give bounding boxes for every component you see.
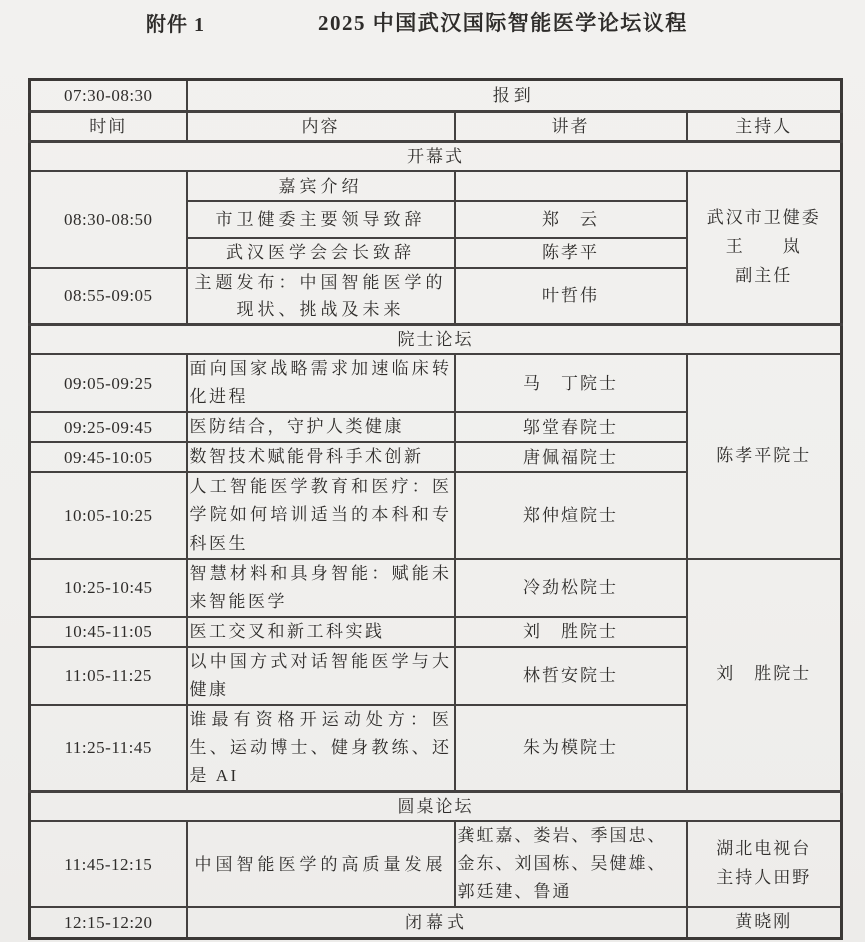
header-cell-speaker: 讲者 — [455, 112, 687, 142]
host-name: 王 岚 — [690, 233, 839, 262]
time-cell: 07:30-08:30 — [30, 80, 187, 112]
section-row-opening: 开幕式 — [30, 142, 842, 172]
closing-cell: 闭幕式 — [187, 907, 687, 938]
time-cell: 09:05-09:25 — [30, 354, 187, 412]
time-cell: 10:05-10:25 — [30, 472, 187, 558]
table-row: 10:25-10:45 智慧材料和具身智能：赋能未来智能医学 冷劲松院士 刘 胜… — [30, 559, 842, 617]
attachment-label: 附件 1 — [146, 8, 205, 37]
speaker-cell: 刘 胜院士 — [455, 617, 687, 647]
header-cell-host: 主持人 — [687, 112, 842, 142]
time-cell: 08:30-08:50 — [30, 171, 187, 267]
speaker-cell: 叶哲伟 — [455, 268, 687, 325]
time-cell: 11:05-11:25 — [30, 647, 187, 705]
content-cell: 人工智能医学教育和医疗：医学院如何培训适当的本科和专科医生 — [187, 472, 455, 558]
content-cell: 谁最有资格开运动处方：医生、运动博士、健身教练、还是 AI — [187, 705, 455, 792]
speaker-list-cell: 龚虹嘉、娄岩、季国忠、金东、刘国栋、吴健雄、郭廷建、鲁通 — [455, 821, 687, 907]
host-cell: 湖北电视台 主持人田野 — [687, 821, 842, 907]
speaker-cell: 冷劲松院士 — [455, 559, 687, 617]
content-cell: 中国智能医学的高质量发展 — [187, 821, 455, 907]
registration-cell: 报到 — [187, 80, 842, 112]
agenda-table: 07:30-08:30 报到 时间 内容 讲者 主持人 开幕式 08:30-08… — [28, 78, 843, 940]
content-cell: 智慧材料和具身智能：赋能未来智能医学 — [187, 559, 455, 617]
section-band: 圆桌论坛 — [30, 791, 842, 821]
table-row-closing: 12:15-12:20 闭幕式 黄晓刚 — [30, 907, 842, 938]
table-row: 09:05-09:25 面向国家战略需求加速临床转化进程 马 丁院士 陈孝平院士 — [30, 354, 842, 412]
content-cell: 数智技术赋能骨科手术创新 — [187, 442, 455, 472]
content-cell: 市卫健委主要领导致辞 — [187, 201, 455, 238]
table-header-row: 时间 内容 讲者 主持人 — [30, 112, 842, 142]
section-band: 院士论坛 — [30, 325, 842, 355]
document-header: 附件 1 2025 中国武汉国际智能医学论坛议程 — [0, 0, 865, 60]
host-org: 湖北电视台 — [690, 835, 839, 864]
speaker-cell: 郑 云 — [455, 201, 687, 238]
host-cell: 武汉市卫健委 王 岚 副主任 — [687, 171, 842, 324]
content-cell: 面向国家战略需求加速临床转化进程 — [187, 354, 455, 412]
page-title: 2025 中国武汉国际智能医学论坛议程 — [318, 7, 688, 37]
content-cell: 以中国方式对话智能医学与大健康 — [187, 647, 455, 705]
table-row-registration: 07:30-08:30 报到 — [30, 80, 842, 112]
document-page: { "document": { "attachment_label": "附件 … — [0, 0, 865, 942]
table-row: 08:30-08:50 嘉宾介绍 武汉市卫健委 王 岚 副主任 — [30, 171, 842, 201]
host-cell: 黄晓刚 — [687, 907, 842, 938]
speaker-cell: 马 丁院士 — [455, 354, 687, 412]
speaker-cell: 唐佩福院士 — [455, 442, 687, 472]
section-band: 开幕式 — [30, 142, 842, 172]
time-cell: 10:45-11:05 — [30, 617, 187, 647]
speaker-cell: 林哲安院士 — [455, 647, 687, 705]
host-title: 副主任 — [690, 262, 839, 291]
section-row-roundtable: 圆桌论坛 — [30, 791, 842, 821]
host-cell: 陈孝平院士 — [687, 354, 842, 558]
header-cell-time: 时间 — [30, 112, 187, 142]
header-cell-content: 内容 — [187, 112, 455, 142]
time-cell: 11:45-12:15 — [30, 821, 187, 907]
speaker-cell — [455, 171, 687, 201]
content-cell: 主题发布：中国智能医学的现状、挑战及未来 — [187, 268, 455, 325]
content-cell: 医工交叉和新工科实践 — [187, 617, 455, 647]
speaker-cell: 邬堂春院士 — [455, 412, 687, 442]
speaker-cell: 陈孝平 — [455, 238, 687, 267]
time-cell: 12:15-12:20 — [30, 907, 187, 938]
time-cell: 11:25-11:45 — [30, 705, 187, 792]
time-cell: 08:55-09:05 — [30, 268, 187, 325]
time-cell: 09:25-09:45 — [30, 412, 187, 442]
table-row: 11:45-12:15 中国智能医学的高质量发展 龚虹嘉、娄岩、季国忠、金东、刘… — [30, 821, 842, 907]
host-cell: 刘 胜院士 — [687, 559, 842, 792]
content-cell: 武汉医学会会长致辞 — [187, 238, 455, 267]
speaker-cell: 郑仲煊院士 — [455, 472, 687, 558]
content-cell: 嘉宾介绍 — [187, 171, 455, 201]
host-org: 武汉市卫健委 — [690, 204, 839, 233]
section-row-academician: 院士论坛 — [30, 325, 842, 355]
speaker-cell: 朱为模院士 — [455, 705, 687, 792]
time-cell: 09:45-10:05 — [30, 442, 187, 472]
content-cell: 医防结合，守护人类健康 — [187, 412, 455, 442]
time-cell: 10:25-10:45 — [30, 559, 187, 617]
host-name: 主持人田野 — [690, 864, 839, 893]
